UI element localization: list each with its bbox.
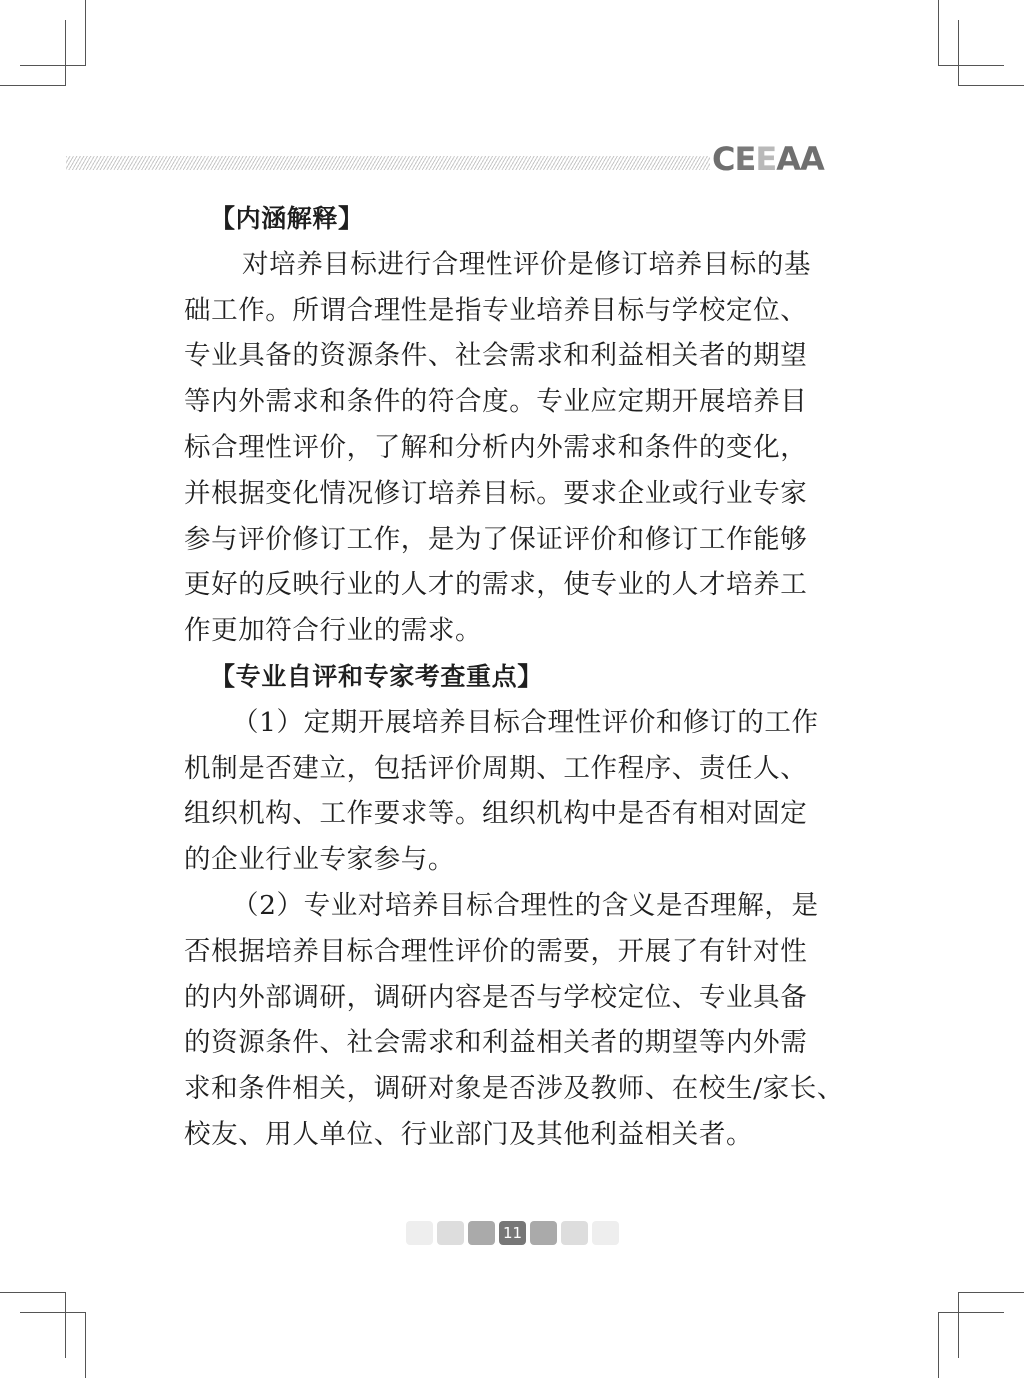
text-line: 的企业行业专家参与。 <box>184 837 844 883</box>
crop-mark <box>65 20 66 86</box>
logo-part: C <box>712 140 734 178</box>
pager-decor-cell <box>561 1221 588 1245</box>
page-number: 11 <box>499 1221 526 1245</box>
logo-part: E <box>734 140 755 178</box>
page-content: 【内涵解释】 对培养目标进行合理性评价是修订培养目标的基 础工作。所谓合理性是指… <box>184 196 844 1158</box>
text-line: （1）定期开展培养目标合理性评价和修订的工作 <box>184 700 844 746</box>
crop-mark <box>65 1292 66 1358</box>
text-line: 机制是否建立，包括评价周期、工作程序、责任人、 <box>184 746 844 792</box>
crop-mark <box>85 0 86 66</box>
section-heading: 【内涵解释】 <box>184 196 844 242</box>
crop-mark <box>0 85 66 86</box>
text-line: 等内外需求和条件的符合度。专业应定期开展培养目 <box>184 379 844 425</box>
review-item-1: （1）定期开展培养目标合理性评价和修订的工作 机制是否建立，包括评价周期、工作程… <box>184 700 844 883</box>
text-line: 对培养目标进行合理性评价是修订培养目标的基 <box>184 242 844 288</box>
text-line: 否根据培养目标合理性评价的需要，开展了有针对性 <box>184 929 844 975</box>
crop-mark <box>958 85 1024 86</box>
crop-mark <box>938 0 939 66</box>
text-line: 的内外部调研，调研内容是否与学校定位、专业具备 <box>184 975 844 1021</box>
pager-decor-cell <box>530 1221 557 1245</box>
crop-mark <box>958 1292 959 1358</box>
text-line: 作更加符合行业的需求。 <box>184 608 844 654</box>
pager-decor-cell <box>592 1221 619 1245</box>
section-heading: 【专业自评和专家考查重点】 <box>184 654 844 700</box>
text-line: 础工作。所谓合理性是指专业培养目标与学校定位、 <box>184 288 844 334</box>
logo-part: E <box>755 140 776 178</box>
text-line: 标合理性评价，了解和分析内外需求和条件的变化， <box>184 425 844 471</box>
text-line: 的资源条件、社会需求和利益相关者的期望等内外需 <box>184 1020 844 1066</box>
crop-mark <box>938 65 1004 66</box>
text-line: 校友、用人单位、行业部门及其他利益相关者。 <box>184 1112 844 1158</box>
crop-mark <box>20 65 86 66</box>
logo-part: AA <box>776 140 824 178</box>
pager-decor-cell <box>437 1221 464 1245</box>
review-item-2: （2）专业对培养目标合理性的含义是否理解，是 否根据培养目标合理性评价的需要，开… <box>184 883 844 1158</box>
crop-mark <box>958 1292 1024 1293</box>
text-line: 专业具备的资源条件、社会需求和利益相关者的期望 <box>184 333 844 379</box>
page-number-bar: 11 <box>406 1221 619 1245</box>
text-line: 组织机构、工作要求等。组织机构中是否有相对固定 <box>184 791 844 837</box>
text-line: （2）专业对培养目标合理性的含义是否理解，是 <box>184 883 844 929</box>
ceeaa-logo: CEEAA <box>712 142 824 176</box>
text-line: 更好的反映行业的人才的需求，使专业的人才培养工 <box>184 562 844 608</box>
pager-decor-cell <box>468 1221 495 1245</box>
crop-mark <box>938 1312 939 1378</box>
crop-mark <box>0 1292 66 1293</box>
crop-mark <box>20 1312 86 1313</box>
text-line: 参与评价修订工作，是为了保证评价和修订工作能够 <box>184 517 844 563</box>
crop-mark <box>958 20 959 86</box>
header-hatch-band <box>66 156 710 170</box>
paragraph: 对培养目标进行合理性评价是修订培养目标的基 础工作。所谓合理性是指专业培养目标与… <box>184 242 844 654</box>
crop-mark <box>85 1312 86 1378</box>
text-line: 并根据变化情况修订培养目标。要求企业或行业专家 <box>184 471 844 517</box>
crop-mark <box>938 1312 1004 1313</box>
pager-decor-cell <box>406 1221 433 1245</box>
text-line: 求和条件相关，调研对象是否涉及教师、在校生/家长、 <box>184 1066 844 1112</box>
